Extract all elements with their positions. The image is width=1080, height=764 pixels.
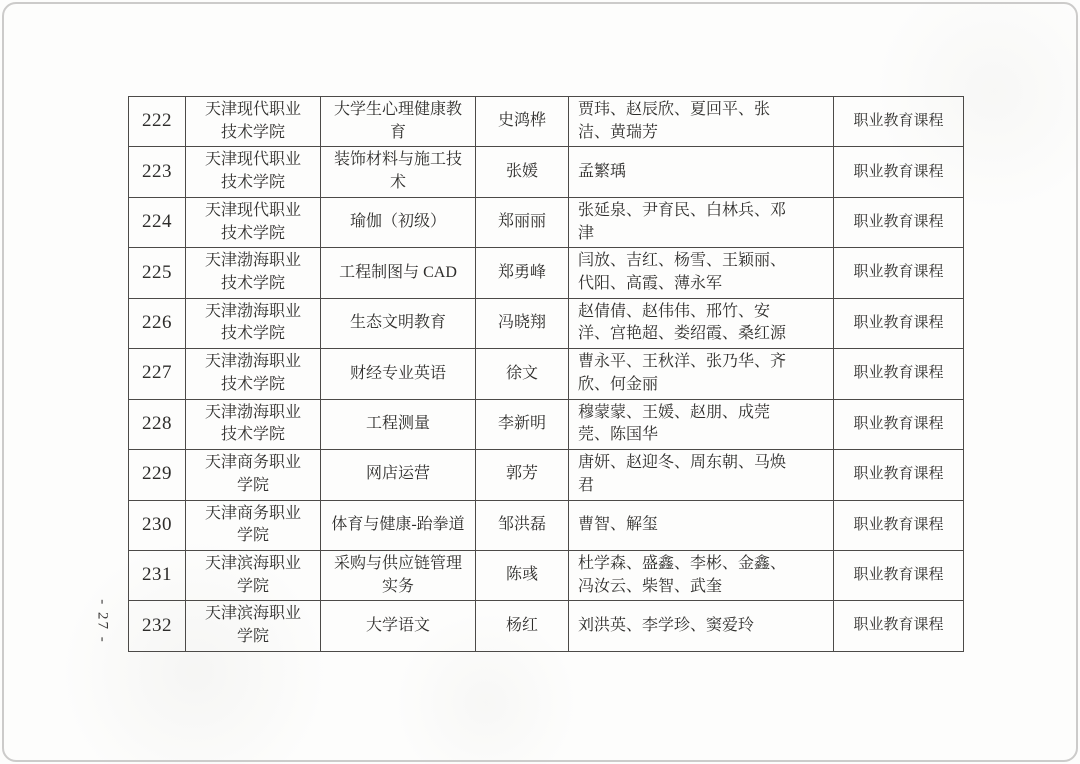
table-row: 222天津现代职业 技术学院大学生心理健康教 育史鸿桦贾玮、赵辰欣、夏回平、张 … — [129, 97, 964, 147]
cell-members: 闫放、吉红、杨雪、王颖丽、 代阳、高霞、薄永军 — [569, 248, 834, 298]
cell-institution: 天津渤海职业 技术学院 — [186, 248, 321, 298]
cell-course: 财经专业英语 — [321, 349, 476, 399]
cell-members: 曹智、解玺 — [569, 500, 834, 550]
cell-course: 生态文明教育 — [321, 298, 476, 348]
cell-course: 大学语文 — [321, 601, 476, 651]
cell-type: 职业教育课程 — [834, 147, 964, 197]
table-row: 225天津渤海职业 技术学院工程制图与 CAD郑勇峰闫放、吉红、杨雪、王颖丽、 … — [129, 248, 964, 298]
cell-institution: 天津渤海职业 技术学院 — [186, 349, 321, 399]
cell-institution: 天津滨海职业 学院 — [186, 550, 321, 600]
cell-leader: 李新明 — [476, 399, 569, 449]
cell-course: 工程制图与 CAD — [321, 248, 476, 298]
cell-no: 222 — [129, 97, 186, 147]
cell-members: 刘洪英、李学珍、窦爱玲 — [569, 601, 834, 651]
cell-leader: 郭芳 — [476, 450, 569, 500]
cell-type: 职业教育课程 — [834, 349, 964, 399]
cell-no: 227 — [129, 349, 186, 399]
cell-type: 职业教育课程 — [834, 298, 964, 348]
cell-no: 225 — [129, 248, 186, 298]
cell-course: 采购与供应链管理 实务 — [321, 550, 476, 600]
cell-course: 网店运营 — [321, 450, 476, 500]
cell-leader: 郑勇峰 — [476, 248, 569, 298]
cell-leader: 邹洪磊 — [476, 500, 569, 550]
cell-leader: 郑丽丽 — [476, 197, 569, 247]
cell-no: 228 — [129, 399, 186, 449]
cell-institution: 天津现代职业 技术学院 — [186, 147, 321, 197]
cell-members: 杜学森、盛鑫、李彬、金鑫、 冯汝云、柴智、武奎 — [569, 550, 834, 600]
cell-no: 231 — [129, 550, 186, 600]
cell-members: 赵倩倩、赵伟伟、邢竹、安 洋、宫艳超、娄绍霞、桑红源 — [569, 298, 834, 348]
table-row: 226天津渤海职业 技术学院生态文明教育冯晓翔赵倩倩、赵伟伟、邢竹、安 洋、宫艳… — [129, 298, 964, 348]
cell-members: 穆蒙蒙、王媛、赵朋、成莞 莞、陈国华 — [569, 399, 834, 449]
cell-no: 226 — [129, 298, 186, 348]
cell-institution: 天津渤海职业 技术学院 — [186, 298, 321, 348]
cell-institution: 天津现代职业 技术学院 — [186, 97, 321, 147]
cell-no: 224 — [129, 197, 186, 247]
table-row: 232天津滨海职业 学院大学语文杨红刘洪英、李学珍、窦爱玲职业教育课程 — [129, 601, 964, 651]
course-list-table: 222天津现代职业 技术学院大学生心理健康教 育史鸿桦贾玮、赵辰欣、夏回平、张 … — [128, 96, 964, 652]
table-row: 223天津现代职业 技术学院装饰材料与施工技 术张媛孟繁瑀职业教育课程 — [129, 147, 964, 197]
cell-course: 装饰材料与施工技 术 — [321, 147, 476, 197]
cell-type: 职业教育课程 — [834, 550, 964, 600]
table-row: 228天津渤海职业 技术学院工程测量李新明穆蒙蒙、王媛、赵朋、成莞 莞、陈国华职… — [129, 399, 964, 449]
cell-type: 职业教育课程 — [834, 399, 964, 449]
table-row: 231天津滨海职业 学院采购与供应链管理 实务陈彧杜学森、盛鑫、李彬、金鑫、 冯… — [129, 550, 964, 600]
cell-institution: 天津现代职业 技术学院 — [186, 197, 321, 247]
cell-type: 职业教育课程 — [834, 197, 964, 247]
page-number: - 27 - — [94, 594, 111, 650]
cell-course: 工程测量 — [321, 399, 476, 449]
cell-leader: 徐文 — [476, 349, 569, 399]
cell-type: 职业教育课程 — [834, 450, 964, 500]
cell-type: 职业教育课程 — [834, 500, 964, 550]
cell-course: 大学生心理健康教 育 — [321, 97, 476, 147]
cell-no: 230 — [129, 500, 186, 550]
cell-course: 体育与健康-跆拳道 — [321, 500, 476, 550]
table-row: 230天津商务职业 学院体育与健康-跆拳道邹洪磊曹智、解玺职业教育课程 — [129, 500, 964, 550]
cell-type: 职业教育课程 — [834, 248, 964, 298]
course-table-body: 222天津现代职业 技术学院大学生心理健康教 育史鸿桦贾玮、赵辰欣、夏回平、张 … — [129, 97, 964, 652]
cell-institution: 天津商务职业 学院 — [186, 450, 321, 500]
cell-members: 曹永平、王秋洋、张乃华、齐 欣、何金丽 — [569, 349, 834, 399]
cell-no: 229 — [129, 450, 186, 500]
cell-leader: 张媛 — [476, 147, 569, 197]
cell-course: 瑜伽（初级） — [321, 197, 476, 247]
cell-leader: 陈彧 — [476, 550, 569, 600]
cell-members: 贾玮、赵辰欣、夏回平、张 洁、黄瑞芳 — [569, 97, 834, 147]
cell-leader: 史鸿桦 — [476, 97, 569, 147]
table-row: 229天津商务职业 学院网店运营郭芳唐妍、赵迎冬、周东朝、马焕 君职业教育课程 — [129, 450, 964, 500]
scanned-document-page: 222天津现代职业 技术学院大学生心理健康教 育史鸿桦贾玮、赵辰欣、夏回平、张 … — [0, 0, 1080, 764]
cell-members: 张延泉、尹育民、白林兵、邓 津 — [569, 197, 834, 247]
cell-leader: 杨红 — [476, 601, 569, 651]
table-row: 224天津现代职业 技术学院瑜伽（初级）郑丽丽张延泉、尹育民、白林兵、邓 津职业… — [129, 197, 964, 247]
cell-type: 职业教育课程 — [834, 97, 964, 147]
cell-institution: 天津商务职业 学院 — [186, 500, 321, 550]
cell-members: 唐妍、赵迎冬、周东朝、马焕 君 — [569, 450, 834, 500]
table-row: 227天津渤海职业 技术学院财经专业英语徐文曹永平、王秋洋、张乃华、齐 欣、何金… — [129, 349, 964, 399]
cell-leader: 冯晓翔 — [476, 298, 569, 348]
cell-institution: 天津渤海职业 技术学院 — [186, 399, 321, 449]
cell-no: 232 — [129, 601, 186, 651]
cell-institution: 天津滨海职业 学院 — [186, 601, 321, 651]
cell-no: 223 — [129, 147, 186, 197]
cell-members: 孟繁瑀 — [569, 147, 834, 197]
cell-type: 职业教育课程 — [834, 601, 964, 651]
